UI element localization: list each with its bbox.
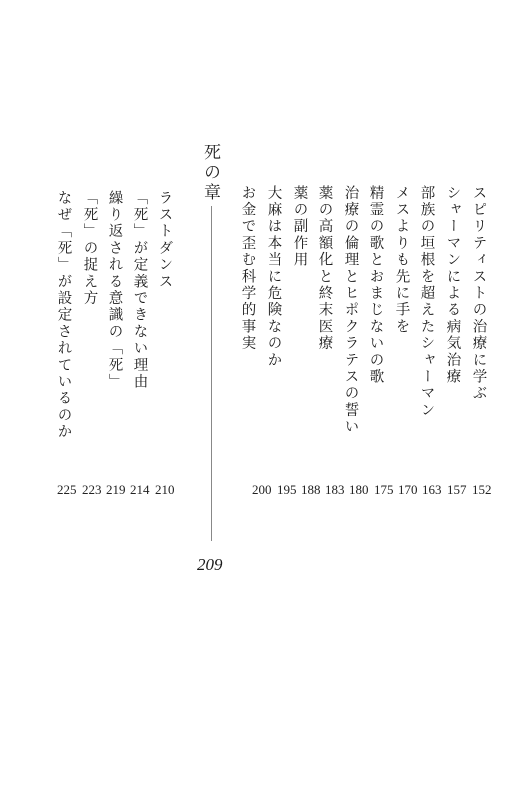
- chapter-divider-line: [211, 206, 212, 541]
- toc-entry-title: 精霊の歌とおまじないの歌: [368, 185, 383, 385]
- toc-page-number: 219: [106, 482, 126, 498]
- toc-entry-title: 「死」が定義できない理由: [132, 190, 147, 390]
- toc-page-number: 175: [374, 482, 394, 498]
- toc-page-number: 223: [82, 482, 102, 498]
- toc-page-number: 163: [422, 482, 442, 498]
- toc-page-number: 152: [472, 482, 492, 498]
- toc-page-number: 210: [155, 482, 175, 498]
- toc-entry-title: 薬の高額化と終末医療: [317, 185, 332, 352]
- toc-page-number: 180: [349, 482, 369, 498]
- toc-entry-title: お金で歪む科学的事実: [240, 185, 255, 352]
- toc-entry-title: メスよりも先に手を: [394, 185, 409, 335]
- toc-page-number: 195: [277, 482, 297, 498]
- chapter-start-page: 209: [197, 555, 223, 575]
- toc-page-number: 157: [447, 482, 467, 498]
- toc-entry-title: 薬の副作用: [292, 185, 307, 269]
- toc-entry-title: 治療の倫理とヒポクラテスの誓い: [343, 185, 358, 436]
- toc-entry-title: 大麻は本当に危険なのか: [266, 185, 281, 369]
- toc-page-number: 214: [130, 482, 150, 498]
- toc-entry-title: 繰り返される意識の「死」: [107, 190, 122, 390]
- toc-entry-title: ラストダンス: [157, 190, 172, 290]
- toc-entry-title: 「死」の捉え方: [82, 190, 97, 307]
- toc-page-number: 188: [301, 482, 321, 498]
- toc-page-number: 225: [57, 482, 77, 498]
- toc-entry-title: なぜ「死」が設定されているのか: [56, 190, 71, 441]
- chapter-title: 死の章: [201, 143, 218, 203]
- toc-page-number: 200: [252, 482, 272, 498]
- toc-page-number: 170: [398, 482, 418, 498]
- toc-entry-title: スピリティストの治療に学ぶ: [471, 185, 486, 402]
- toc-entry-title: 部族の垣根を超えたシャーマン: [419, 185, 434, 419]
- toc-entry-title: シャーマンによる病気治療: [445, 185, 460, 385]
- toc-page-number: 183: [325, 482, 345, 498]
